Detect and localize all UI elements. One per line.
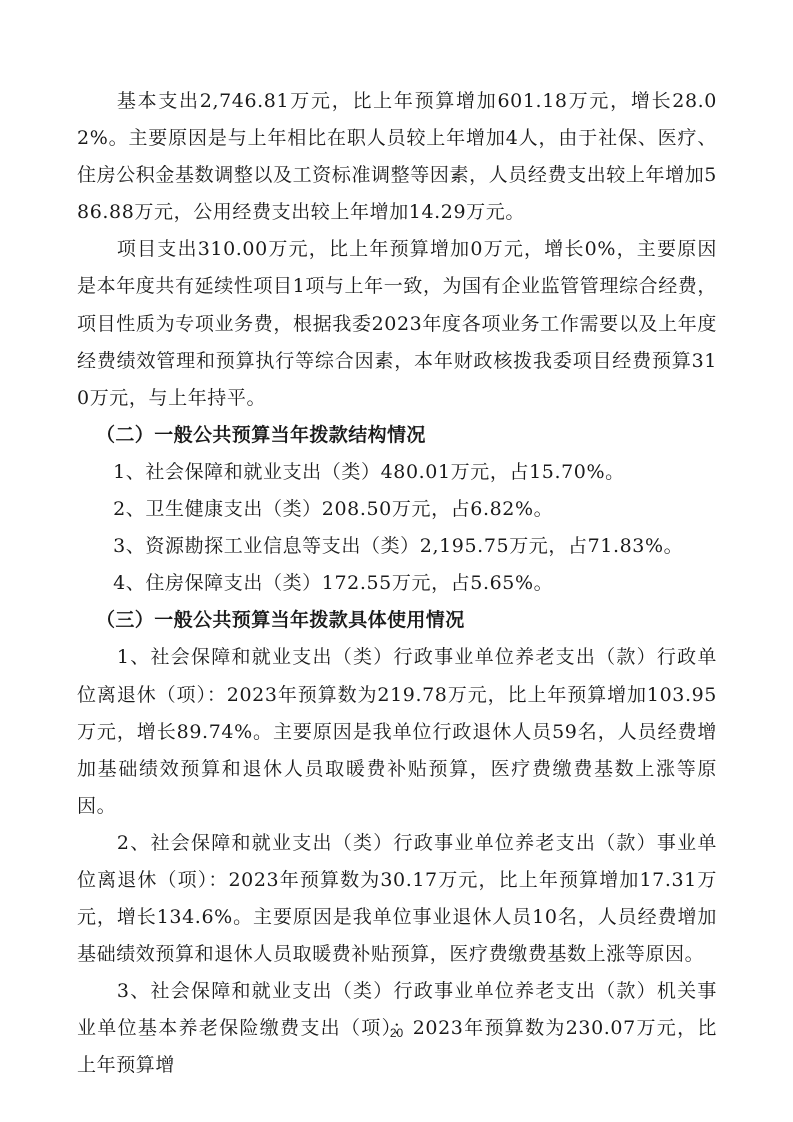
structure-item-health: 2、卫生健康支出（类）208.50万元，占6.82%。 — [77, 491, 717, 528]
usage-item-admin-retirement: 1、社会保障和就业支出（类）行政事业单位养老支出（款）行政单位离退休（项）：20… — [77, 639, 717, 824]
structure-item-resources-industry: 3、资源勘探工业信息等支出（类）2,195.75万元，占71.83%。 — [77, 528, 717, 565]
page-body: 基本支出2,746.81万元，比上年预算增加601.18万元，增长28.02%。… — [77, 83, 717, 1085]
section-heading-appropriation-usage: （三）一般公共预算当年拨款具体使用情况 — [77, 602, 717, 639]
paragraph-basic-expense: 基本支出2,746.81万元，比上年预算增加601.18万元，增长28.02%。… — [77, 83, 717, 231]
section-heading-appropriation-structure: （二）一般公共预算当年拨款结构情况 — [77, 417, 717, 454]
structure-item-social-security: 1、社会保障和就业支出（类）480.01万元，占15.70%。 — [77, 454, 717, 491]
page-number: 20 — [0, 1026, 793, 1040]
usage-item-institution-retirement: 2、社会保障和就业支出（类）行政事业单位养老支出（款）事业单位离退休（项）：20… — [77, 825, 717, 973]
structure-item-housing: 4、住房保障支出（类）172.55万元，占5.65%。 — [77, 565, 717, 602]
document-page: 基本支出2,746.81万元，比上年预算增加601.18万元，增长28.02%。… — [0, 0, 793, 1122]
paragraph-project-expense: 项目支出310.00万元，比上年预算增加0万元，增长0%，主要原因是本年度共有延… — [77, 231, 717, 416]
